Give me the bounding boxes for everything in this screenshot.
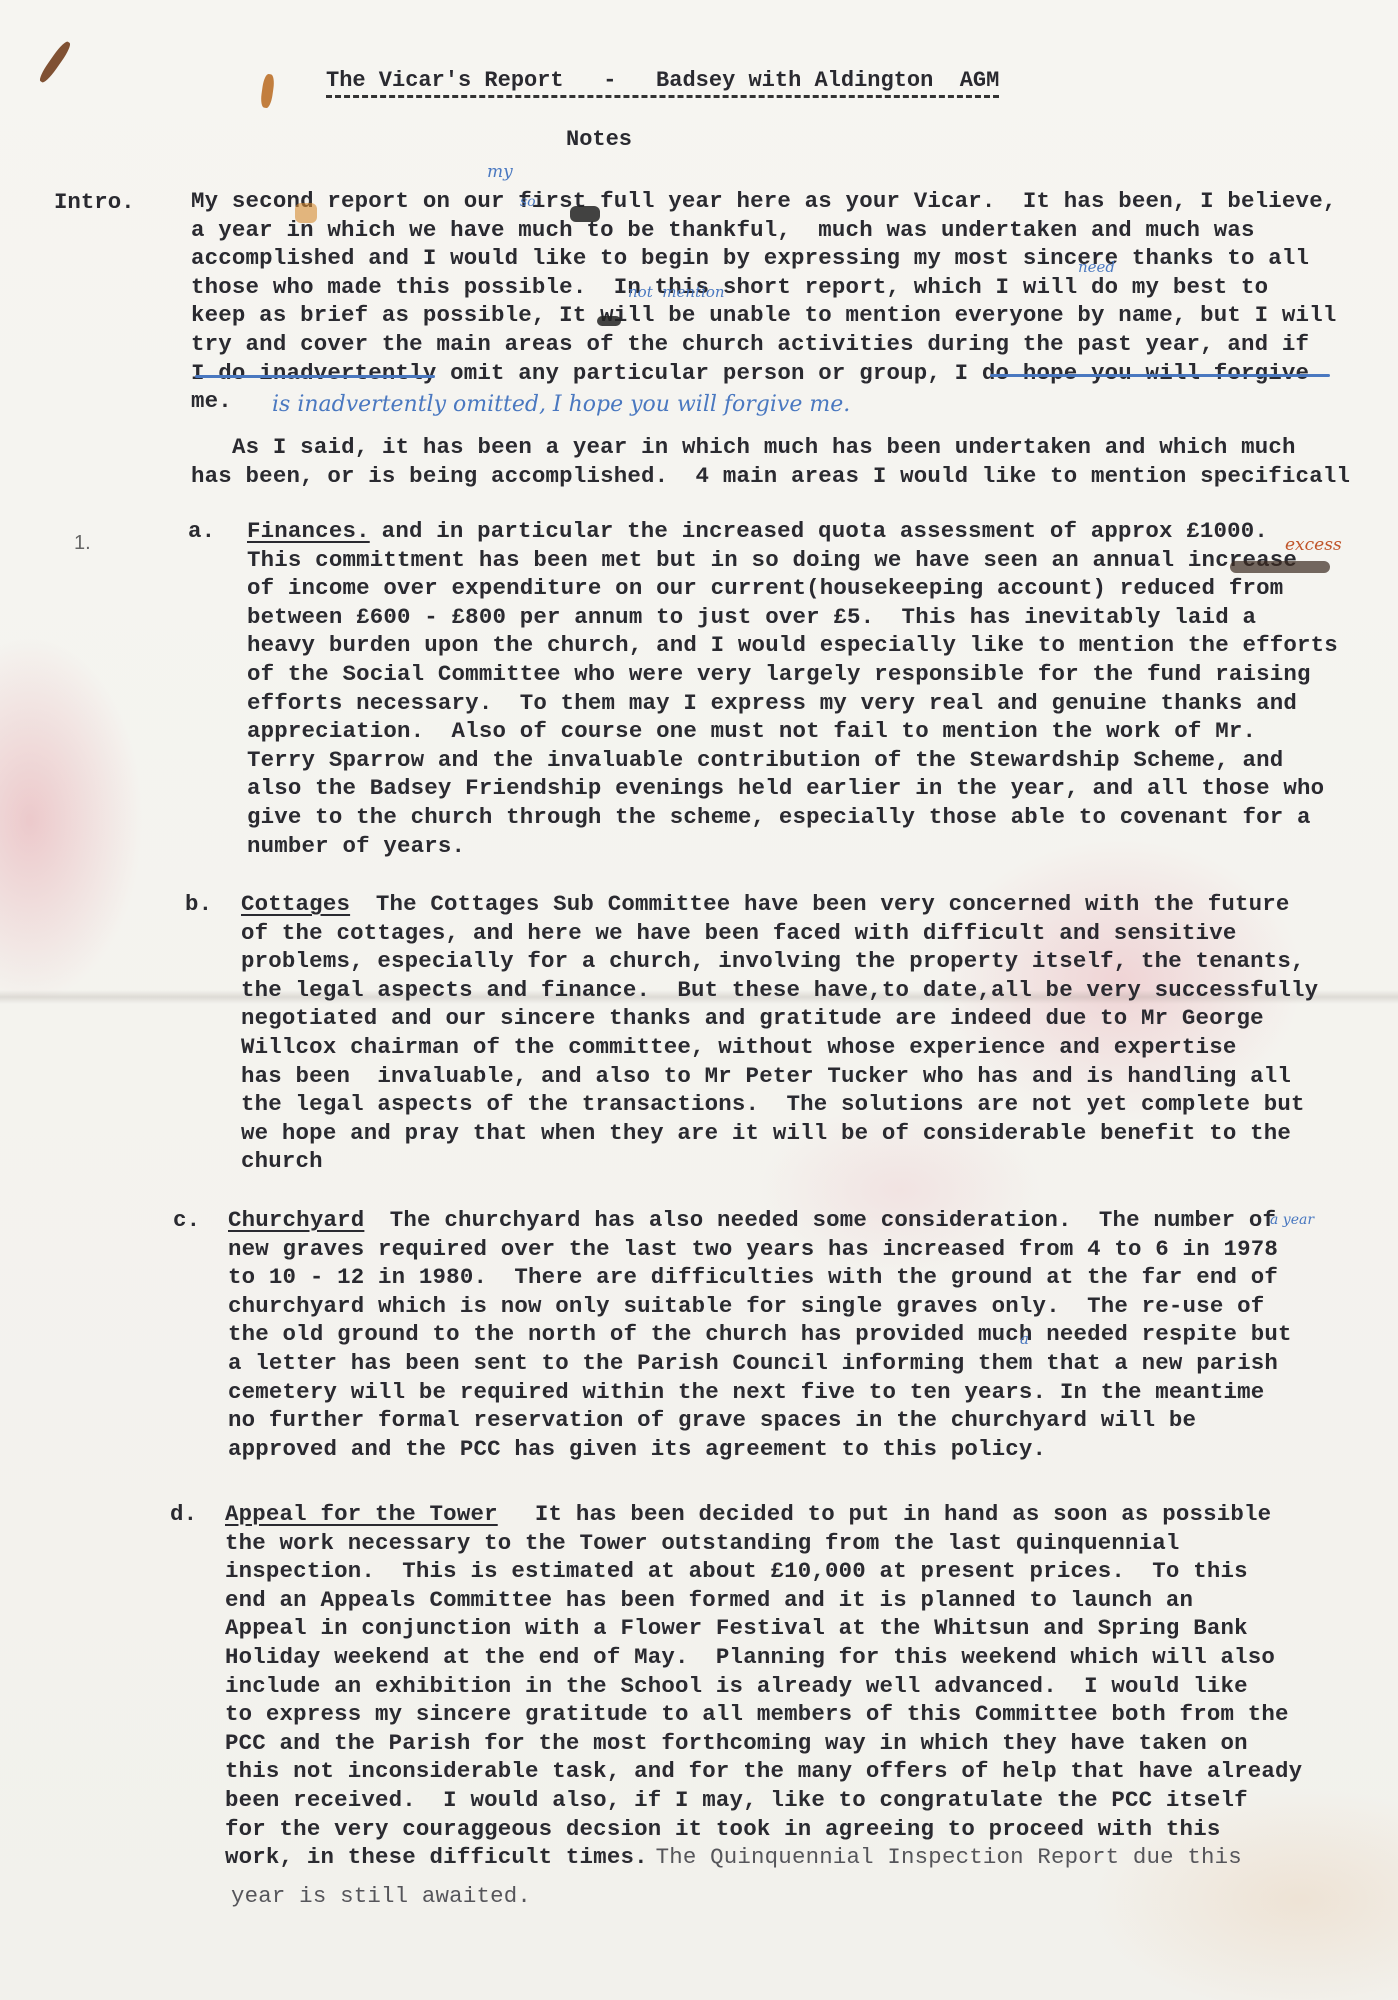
item-marker: d. [170,1503,197,1525]
text-line: has been invaluable, and also to Mr Pete… [241,1065,1291,1087]
ink-blot [295,203,317,223]
text-line: of the Social Committee who were very la… [247,663,1311,685]
text-line: to 10 - 12 in 1980. There are difficulti… [228,1266,1278,1288]
text-line: of income over expenditure on our curren… [247,577,1283,599]
text-line: and in particular the increased quota as… [368,520,1268,542]
text-line: has been, or is being accomplished. 4 ma… [191,465,1350,487]
text-line: The Cottages Sub Committee have been ver… [349,893,1290,915]
typed-addendum: year is still awaited. [231,1885,531,1907]
text-line: this not inconsiderable task, and for th… [225,1760,1302,1782]
text-line: work, in these difficult times. [225,1846,648,1868]
text-line: Terry Sparrow and the invaluable contrib… [247,749,1283,771]
item-heading: Finances. [247,520,370,542]
handwritten-replacement-line: is inadvertently omitted, I hope you wil… [272,392,850,417]
text-line: As I said, it has been a year in which m… [232,436,1296,458]
text-line: church [241,1150,323,1172]
text-line: This committment has been met but in so … [247,549,1297,571]
text-line: me. [191,390,232,412]
text-line: cemetery will be required within the nex… [228,1381,1264,1403]
text-line: Willcox chairman of the committee, witho… [241,1036,1236,1058]
text-line: It has been decided to put in hand as so… [494,1503,1271,1525]
ink-blot [570,206,600,222]
text-line: been received. I would also, if I may, l… [225,1789,1248,1811]
handwritten-strikethrough [195,375,435,378]
item-marker: a. [188,520,215,542]
text-line: those who made this possible. In this sh… [191,276,1268,298]
text-line: accomplished and I would like to begin b… [191,247,1309,269]
handwritten-correction: a year [1270,1212,1314,1228]
text-line: a letter has been sent to the Parish Cou… [228,1352,1278,1374]
item-heading: Churchyard [228,1209,364,1231]
item-heading: Cottages [241,893,350,915]
text-line: churchyard which is now only suitable fo… [228,1295,1264,1317]
handwritten-correction: not mention [628,283,725,301]
text-line: heavy burden upon the church, and I woul… [247,634,1338,656]
text-line: of the cottages, and here we have been f… [241,922,1236,944]
text-line: no further formal reservation of grave s… [228,1409,1196,1431]
text-line: the old ground to the north of the churc… [228,1323,1292,1345]
text-line: approved and the PCC has given its agree… [228,1438,1046,1460]
text-line: we hope and pray that when they are it w… [241,1122,1291,1144]
text-line: keep as brief as possible, It will be un… [191,304,1336,326]
text-line: I do inadvertently omit any particular p… [191,362,1309,384]
text-line: between £600 - £800 per annum to just ov… [247,606,1256,628]
handwritten-correction: need [1078,258,1115,276]
handwritten-correction: a [1020,1330,1029,1348]
text-line: efforts necessary. To them may I express… [247,692,1297,714]
document-subtitle: Notes [566,127,632,152]
text-line: the work necessary to the Tower outstand… [225,1532,1180,1554]
text-line: the legal aspects and finance. But these… [241,979,1318,1001]
handwritten-correction: my [487,162,513,182]
text-line: also the Badsey Friendship evenings held… [247,777,1324,799]
text-line: a year in which we have much to be thank… [191,219,1255,241]
text-line: for the very couraggeous decsion it took… [225,1818,1220,1840]
text-line: the legal aspects of the transactions. T… [241,1093,1305,1115]
text-line: end an Appeals Committee has been formed… [225,1589,1193,1611]
text-line: include an exhibition in the School is a… [225,1675,1248,1697]
item-marker: c. [173,1209,200,1231]
document-title: The Vicar's Report - Badsey with Aldingt… [326,68,999,98]
text-line: Appeal in conjunction with a Flower Fest… [225,1617,1248,1639]
ink-blot [1230,561,1330,573]
text-line: negotiated and our sincere thanks and gr… [241,1007,1264,1029]
handwritten-correction: so [520,194,536,210]
text-line: Holiday weekend at the end of May. Plann… [225,1646,1275,1668]
text-line: inspection. This is estimated at about £… [225,1560,1248,1582]
item-marker: b. [185,893,212,915]
ink-blot [597,316,621,326]
text-line: to express my sincere gratitude to all m… [225,1703,1289,1725]
text-line: try and cover the main areas of the chur… [191,333,1309,355]
text-line: My second report on our first full year … [191,190,1336,212]
text-line: number of years. [247,835,465,857]
item-heading: Appeal for the Tower [225,1503,498,1525]
typed-addendum: The Quinquennial Inspection Report due t… [642,1846,1242,1868]
text-line: PCC and the Parish for the most forthcom… [225,1732,1248,1754]
text-line: appreciation. Also of course one must no… [247,720,1256,742]
section-number: 1. [74,532,91,555]
text-line: give to the church through the scheme, e… [247,806,1311,828]
text-line: new graves required over the last two ye… [228,1238,1278,1260]
handwritten-strikethrough [990,374,1330,377]
text-line: problems, especially for a church, invol… [241,950,1305,972]
handwritten-correction: excess [1285,535,1342,555]
text-line: The churchyard has also needed some cons… [363,1209,1277,1231]
intro-label: Intro. [54,189,135,215]
